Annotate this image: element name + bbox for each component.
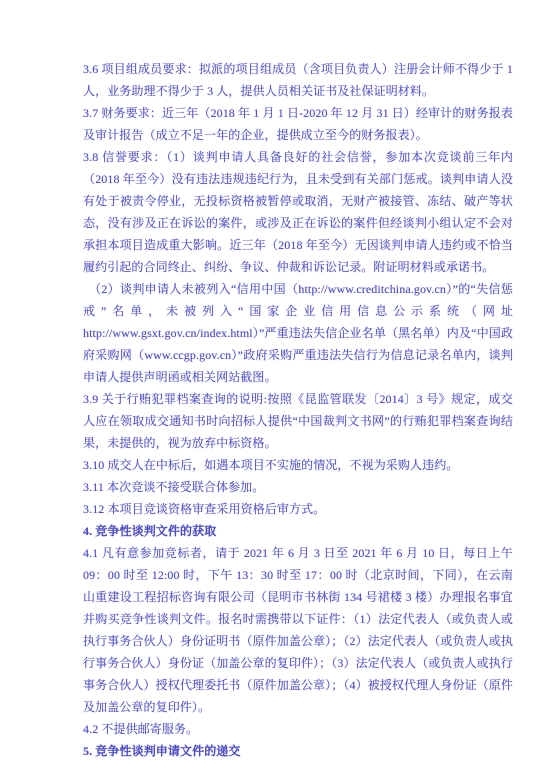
paragraph-4-1: 4.1 凡有意参加竞标者，请于 2021 年 6 月 3 日至 2021 年 6… [83, 542, 513, 718]
paragraph-3-8: 3.8 信誉要求：（1）谈判申请人具备良好的社会信誉，参加本次竞谈前三年内（20… [83, 146, 513, 278]
paragraph-3-10: 3.10 成交人在中标后，如遇本项目不实施的情况，不视为采购人违约。 [83, 454, 513, 476]
section-heading-5: 5. 竞争性谈判申请文件的递交 [83, 740, 513, 762]
paragraph-3-6: 3.6 项目组成员要求：拟派的项目组成员（含项目负责人）注册会计师不得少于 1 … [83, 58, 513, 102]
paragraph-3-8-item-2: （2）谈判申请人未被列入“信用中国（http://www.creditchina… [83, 278, 513, 388]
paragraph-3-11: 3.11 本次竞谈不接受联合体参加。 [83, 476, 513, 498]
document-page: 3.6 项目组成员要求：拟派的项目组成员（含项目负责人）注册会计师不得少于 1 … [0, 0, 554, 783]
paragraph-3-9: 3.9 关于行贿犯罪档案查询的说明:按照《昆监管联发〔2014〕3 号》规定，成… [83, 388, 513, 454]
paragraph-3-7: 3.7 财务要求：近三年（2018 年 1 月 1 日-2020 年 12 月 … [83, 102, 513, 146]
section-heading-4: 4. 竞争性谈判文件的获取 [83, 520, 513, 542]
document-text-block: 3.6 项目组成员要求：拟派的项目组成员（含项目负责人）注册会计师不得少于 1 … [83, 58, 513, 762]
paragraph-4-2: 4.2 不提供邮寄服务。 [83, 718, 513, 740]
paragraph-3-12: 3.12 本项目竞谈资格审查采用资格后审方式。 [83, 498, 513, 520]
